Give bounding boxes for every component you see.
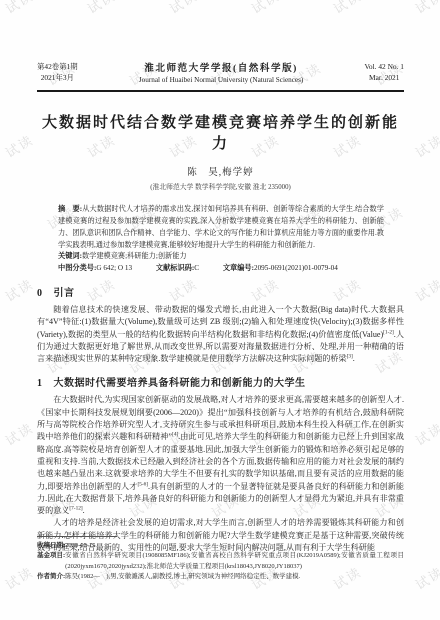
body-paragraph: 随着信息技术的快速发展、带动数据的爆发式增长,由此进入一个大数据(Big dat… [37, 304, 404, 365]
section-title: 大数据时代需要培养具备科研能力和创新能力的大学生 [54, 378, 306, 389]
section-heading: 0引言 [37, 284, 404, 299]
clc-pair: 中图分类号:G 642; O 13 [58, 264, 132, 272]
header-journal-block: 淮北师范大学学报(自然科学版) Journal of Huaibei Norma… [139, 60, 303, 84]
issue-date-cn: 2021年3月 [37, 72, 78, 84]
article-id-pair: 文章编号:2095-0691(2021)01-0079-04 [223, 264, 338, 272]
body-sections: 0引言随着信息技术的快速发展、带动数据的爆发式增长,由此进入一个大数据(Big … [37, 284, 404, 554]
article-title: 大数据时代结合数学建模竞赛培养学生的创新能力 [37, 111, 404, 153]
doc-code-label: 文献标识码: [156, 264, 194, 272]
citation-superscript: [4] [172, 432, 178, 438]
journal-title-en: Journal of Huaibei Normal University (Na… [139, 76, 303, 84]
abstract-label: 摘 要: [58, 205, 82, 213]
fund-line: 基金项目:安徽省自然科学研究项目(1908085MF186);安徽省高校自然科学… [37, 551, 404, 572]
section-number: 0 [37, 288, 43, 299]
keywords-line: 关键词:数学建模竞赛;科研能力;创新能力 [58, 251, 384, 263]
keywords-text: 数学建模竞赛;科研能力;创新能力 [82, 252, 187, 260]
abstract-paragraph: 摘 要:从大数据时代人才培养的需求出发,探讨如何培养具有科研、创新等综合素质的大… [58, 204, 384, 251]
watermark-text: 试读 [411, 561, 440, 593]
meta-line: 中图分类号:G 642; O 13 文献标识码:C 文章编号:2095-0691… [58, 263, 384, 275]
section-title: 引言 [54, 288, 75, 299]
author-bio-line: 作者简介:陈昊(1982— ),男,安徽濉溪人,副教授,博士,研究领域为神经网络… [37, 572, 404, 582]
clc-label: 中图分类号: [58, 264, 96, 272]
journal-header: 第42卷第1期 2021年3月 淮北师范大学学报(自然科学版) Journal … [37, 60, 404, 84]
footnotes-block: 收稿日期:2020-03-15 基金项目:安徽省自然科学研究项目(1908085… [37, 536, 404, 582]
body-paragraph: 在大数据时代,为实现国家创新驱动的发展战略,对人才培养的要求更高,需要越来越多的… [37, 394, 404, 517]
section-heading: 1大数据时代需要培养具备科研能力和创新能力的大学生 [37, 374, 404, 389]
abstract-block: 摘 要:从大数据时代人才培养的需求出发,探讨如何培养具有科研、创新等综合素质的大… [58, 204, 384, 275]
received-value: 2020-03-15 [65, 541, 95, 551]
received-date-line: 收稿日期:2020-03-15 [37, 541, 404, 551]
header-volume-block: 第42卷第1期 2021年3月 [37, 61, 78, 84]
header-rule [37, 90, 404, 92]
header-vol-en-block: Vol. 42 No. 1 Mar. 2021 [365, 61, 405, 84]
issue-date-en: Mar. 2021 [365, 72, 405, 84]
journal-title-cn: 淮北师范大学学报(自然科学版) [139, 60, 303, 74]
page-content: 第42卷第1期 2021年3月 淮北师范大学学报(自然科学版) Journal … [0, 0, 440, 554]
footnote-rule [37, 536, 117, 537]
citation-superscript: [3] [347, 353, 353, 359]
fund-label: 基金项目: [37, 551, 65, 572]
article-affiliation: (淮北师范大学 数学科学学院,安徽 淮北 235000) [37, 181, 404, 191]
keywords-label: 关键词: [58, 252, 82, 260]
watermark-text: 试读 [1, 561, 37, 593]
doc-code-pair: 文献标识码:C [156, 264, 199, 272]
volume-issue: 第42卷第1期 [37, 61, 78, 73]
vol-no-en: Vol. 42 No. 1 [365, 61, 405, 73]
citation-superscript: [5-6] [137, 481, 148, 487]
received-label: 收稿日期: [37, 541, 65, 551]
fund-value: 安徽省自然科学研究项目(1908085MF186);安徽省高校自然科学研究重点项… [65, 551, 404, 572]
journal-page: 试读试读试读试读试读试读试读试读试读试读试读试读试读试读试读试读试读试读试读试读… [0, 0, 440, 620]
article-authors: 陈 昊,梅学婷 [37, 164, 404, 178]
citation-superscript: [1-2] [383, 329, 394, 335]
doc-code-value: C [194, 264, 199, 272]
author-bio-value: 陈昊(1982— ),男,安徽濉溪人,副教授,博士,研究领域为神经网络稳定性、数… [65, 572, 300, 582]
author-bio-label: 作者简介: [37, 572, 65, 582]
article-id-label: 文章编号: [223, 264, 254, 272]
clc-value: G 642; O 13 [96, 264, 132, 272]
citation-superscript: [7-12] [69, 505, 82, 511]
article-id-value: 2095-0691(2021)01-0079-04 [254, 264, 338, 272]
abstract-text: 从大数据时代人才培养的需求出发,探讨如何培养具有科研、创新等综合素质的大学生.结… [58, 205, 384, 248]
section-number: 1 [37, 378, 43, 389]
